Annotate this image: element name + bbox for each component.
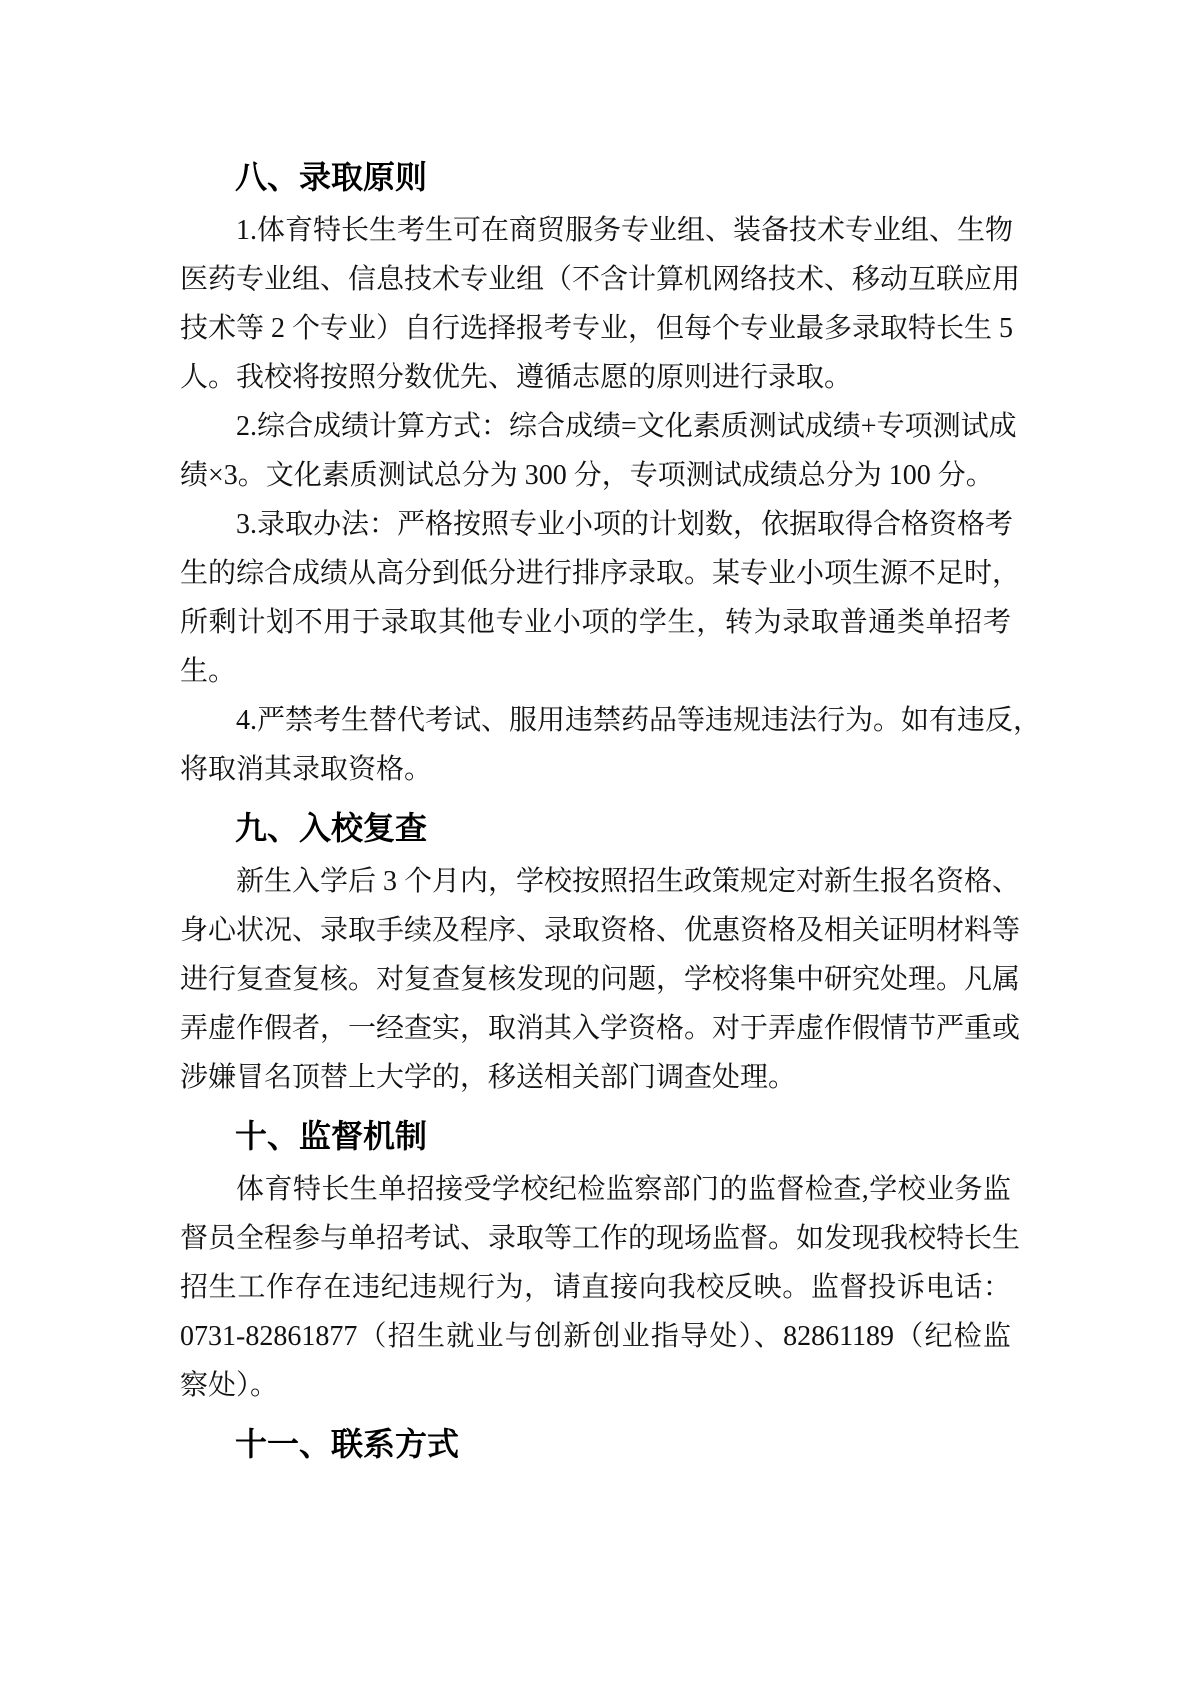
- text-line: 弄虚作假者，一经查实，取消其入学资格。对于弄虚作假情节严重或: [180, 1004, 1011, 1053]
- text-line: 新生入学后 3 个月内，学校按照招生政策规定对新生报名资格、: [180, 857, 1011, 906]
- text-line: 身心状况、录取手续及程序、录取资格、优惠资格及相关证明材料等: [180, 906, 1011, 955]
- paragraph: 新生入学后 3 个月内，学校按照招生政策规定对新生报名资格、身心状况、录取手续及…: [180, 857, 1011, 1102]
- section-heading: 十一、联系方式: [180, 1420, 1011, 1469]
- text-line: 生的综合成绩从高分到低分进行排序录取。某专业小项生源不足时，: [180, 549, 1011, 598]
- paragraph: 2.综合成绩计算方式：综合成绩=文化素质测试成绩+专项测试成绩×3。文化素质测试…: [180, 402, 1011, 500]
- text-line: 人。我校将按照分数优先、遵循志愿的原则进行录取。: [180, 353, 1011, 402]
- text-line: 医药专业组、信息技术专业组（不含计算机网络技术、移动互联应用: [180, 255, 1011, 304]
- text-line: 1.体育特长生考生可在商贸服务专业组、装备技术专业组、生物: [180, 206, 1011, 255]
- text-line: 所剩计划不用于录取其他专业小项的学生，转为录取普通类单招考: [180, 598, 1011, 647]
- section-heading: 十、监督机制: [180, 1112, 1011, 1161]
- text-line: 3.录取办法：严格按照专业小项的计划数，依据取得合格资格考: [180, 500, 1011, 549]
- text-line: 招生工作存在违纪违规行为，请直接向我校反映。监督投诉电话：: [180, 1263, 1011, 1312]
- paragraph: 1.体育特长生考生可在商贸服务专业组、装备技术专业组、生物医药专业组、信息技术专…: [180, 206, 1011, 402]
- paragraph: 3.录取办法：严格按照专业小项的计划数，依据取得合格资格考生的综合成绩从高分到低…: [180, 500, 1011, 696]
- text-line: 2.综合成绩计算方式：综合成绩=文化素质测试成绩+专项测试成: [180, 402, 1011, 451]
- text-line: 体育特长生单招接受学校纪检监察部门的监督检查,学校业务监: [180, 1165, 1011, 1214]
- document-page: 八、录取原则1.体育特长生考生可在商贸服务专业组、装备技术专业组、生物医药专业组…: [0, 0, 1191, 1684]
- section-heading: 九、入校复查: [180, 804, 1011, 853]
- text-line: 技术等 2 个专业）自行选择报考专业，但每个专业最多录取特长生 5: [180, 304, 1011, 353]
- text-line: 涉嫌冒名顶替上大学的，移送相关部门调查处理。: [180, 1053, 1011, 1102]
- document-body: 八、录取原则1.体育特长生考生可在商贸服务专业组、装备技术专业组、生物医药专业组…: [180, 153, 1011, 1469]
- paragraph: 体育特长生单招接受学校纪检监察部门的监督检查,学校业务监督员全程参与单招考试、录…: [180, 1165, 1011, 1410]
- text-line: 生。: [180, 647, 1011, 696]
- text-line: 绩×3。文化素质测试总分为 300 分，专项测试成绩总分为 100 分。: [180, 451, 1011, 500]
- text-line: 察处）。: [180, 1361, 1011, 1410]
- paragraph: 4.严禁考生替代考试、服用违禁药品等违规违法行为。如有违反，将取消其录取资格。: [180, 696, 1011, 794]
- text-line: 督员全程参与单招考试、录取等工作的现场监督。如发现我校特长生: [180, 1214, 1011, 1263]
- text-line: 0731-82861877（招生就业与创新创业指导处）、82861189（纪检监: [180, 1312, 1011, 1361]
- section-heading: 八、录取原则: [180, 153, 1011, 202]
- text-line: 4.严禁考生替代考试、服用违禁药品等违规违法行为。如有违反，: [180, 696, 1011, 745]
- text-line: 将取消其录取资格。: [180, 745, 1011, 794]
- text-line: 进行复查复核。对复查复核发现的问题，学校将集中研究处理。凡属: [180, 955, 1011, 1004]
